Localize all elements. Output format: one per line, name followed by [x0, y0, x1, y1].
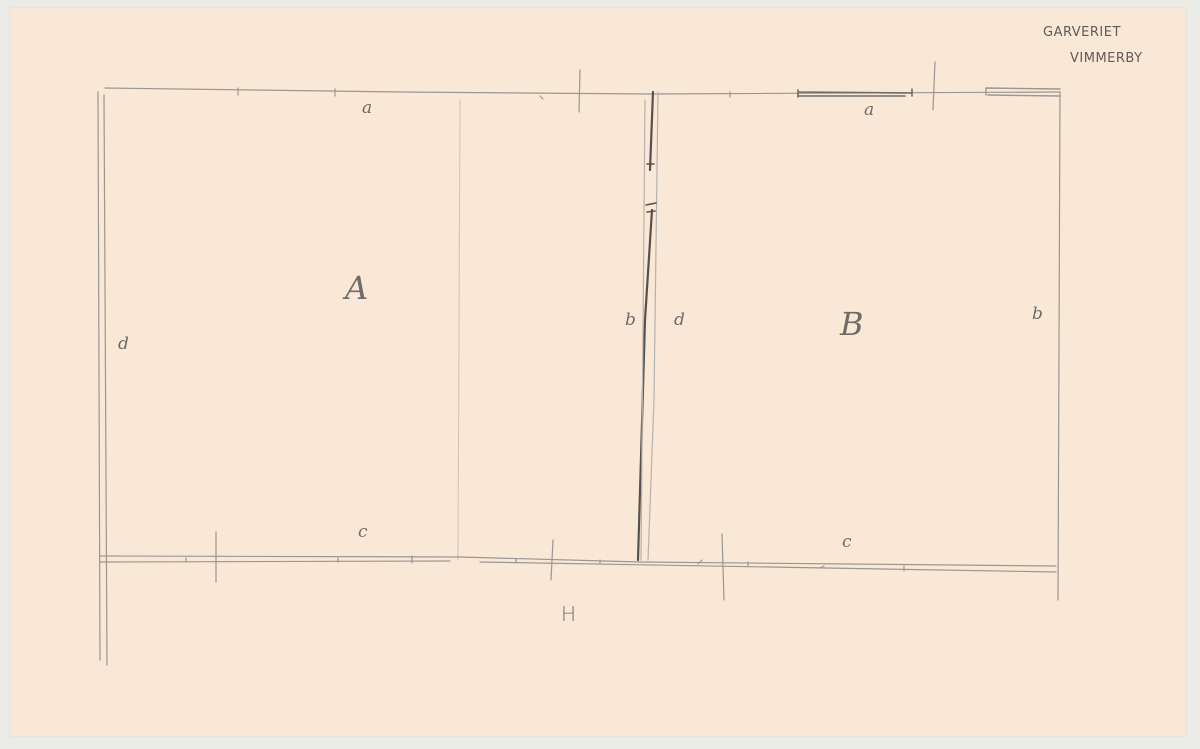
wall-label-left: d [118, 336, 129, 353]
wall-label-right: b [1032, 306, 1043, 323]
wall-label-top-left: a [362, 100, 372, 117]
wall-label-middle-left: b [625, 312, 636, 329]
wall-label-top-right: a [864, 102, 874, 119]
left-wall-line [98, 92, 107, 665]
wall-label-bottom-left: c [358, 524, 368, 541]
wall-label-middle-right: d [674, 312, 685, 329]
top-wall-line [105, 88, 1060, 94]
floor-plan-sketch [0, 0, 1200, 749]
label-h: H [561, 604, 576, 624]
room-label-b: B [840, 308, 864, 340]
title-line-1: GARVERIET [1043, 26, 1121, 39]
title-line-2: VIMMERBY [1070, 52, 1143, 65]
room-label-a: A [345, 272, 368, 304]
wall-label-bottom-right: c [842, 534, 852, 551]
bottom-wall-line [100, 556, 1056, 572]
right-wall-line [1058, 92, 1060, 600]
